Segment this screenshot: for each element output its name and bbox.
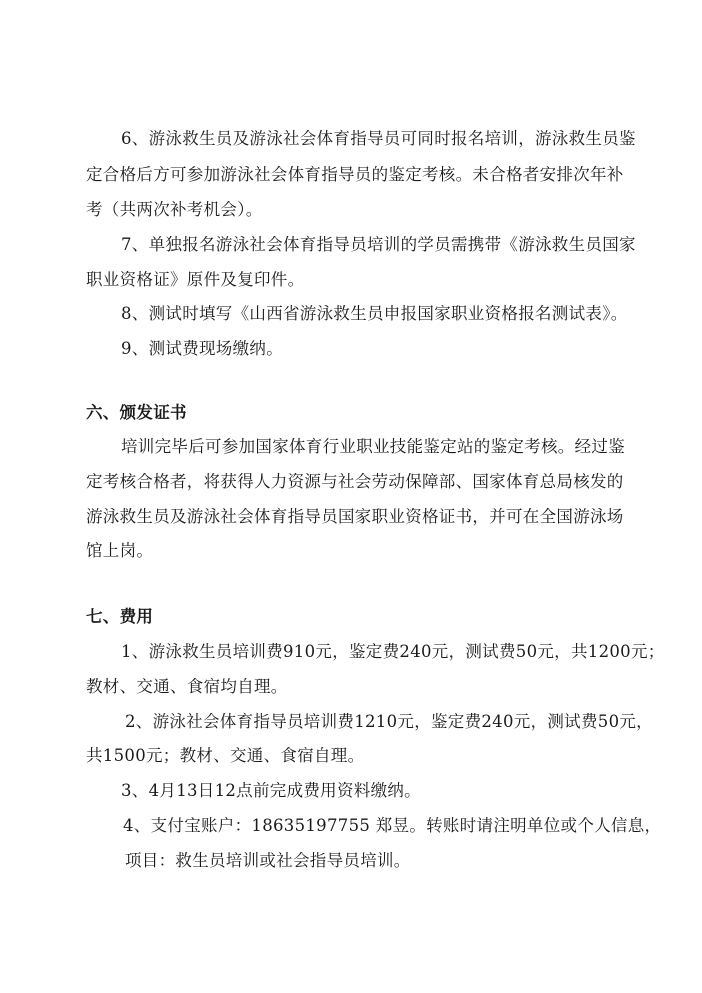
fee-item-3: 3、4月13日12点前完成费用资料缴纳。 — [121, 781, 421, 801]
item-9: 9、测试费现场缴纳。 — [121, 339, 283, 359]
item-7-line-1: 7、单独报名游泳社会体育指导员培训的学员需携带《游泳救生员国家 — [121, 235, 636, 255]
section-6-line-1: 培训完毕后可参加国家体育行业职业技能鉴定站的鉴定考核。经过鉴 — [121, 437, 625, 457]
item-6-line-3: 考（共两次补考机会）。 — [86, 200, 263, 220]
fee-item-1-line-1: 1、游泳救生员培训费910元，鉴定费240元，测试费50元，共1200元； — [121, 642, 665, 662]
fee-item-2-line-1: 2、游泳社会体育指导员培训费1210元，鉴定费240元，测试费50元， — [125, 712, 653, 732]
section-6-line-2: 定考核合格者，将获得人力资源与社会劳动保障部、国家体育总局核发的 — [86, 472, 624, 492]
fee-item-2-line-2: 共1500元；教材、交通、食宿自理。 — [86, 746, 364, 766]
section-6-line-3: 游泳救生员及游泳社会体育指导员国家职业资格证书，并可在全国游泳场 — [86, 507, 624, 527]
section-6-heading: 六、颁发证书 — [86, 403, 187, 423]
fee-item-1-line-2: 教材、交通、食宿均自理。 — [86, 677, 288, 697]
item-7-line-2: 职业资格证》原件及复印件。 — [86, 270, 304, 290]
fee-item-4-line-1: 4、支付宝账户：18635197755 郑昱。转账时请注明单位或个人信息， — [123, 816, 661, 836]
fee-item-4-line-2: 项目：救生员培训或社会指导员培训。 — [125, 851, 411, 871]
item-6-line-1: 6、游泳救生员及游泳社会体育指导员可同时报名培训，游泳救生员鉴 — [121, 129, 636, 149]
section-7-heading: 七、费用 — [86, 607, 153, 627]
item-6-line-2: 定合格后方可参加游泳社会体育指导员的鉴定考核。未合格者安排次年补 — [86, 165, 624, 185]
document-page: 6、游泳救生员及游泳社会体育指导员可同时报名培训，游泳救生员鉴 定合格后方可参加… — [0, 0, 702, 993]
item-8: 8、测试时填写《山西省游泳救生员申报国家职业资格报名测试表》。 — [121, 304, 628, 324]
section-6-line-4: 馆上岗。 — [86, 541, 153, 561]
